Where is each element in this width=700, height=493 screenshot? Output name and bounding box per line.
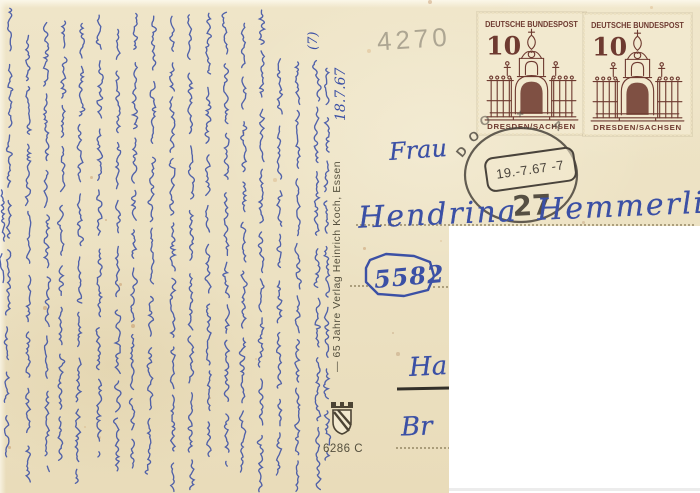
- address-line-rule: [396, 447, 450, 449]
- publisher-logo-shield-icon: [329, 400, 355, 436]
- stamp-issuer: DEUTSCHE BUNDESPOST: [485, 20, 578, 29]
- stamp-artwork-dresden-zwinger: DEUTSCHE BUNDESPOST 10 DRESDEN/SACHSEN: [585, 15, 690, 134]
- print-code: 6286 C: [323, 443, 363, 455]
- postcard-scan: — 65 Jahre Verlag Heinrich Koch, Essen 6…: [0, 0, 700, 493]
- message-date-note: 18.7.67: [333, 68, 349, 121]
- postal-code: 5582: [373, 259, 446, 294]
- publisher-imprint: — 65 Jahre Verlag Heinrich Koch, Essen: [331, 161, 343, 372]
- postmark-letter: O: [478, 112, 491, 129]
- stamp-subject: DRESDEN/SACHSEN: [593, 123, 682, 132]
- stamp-denomination: 10: [592, 31, 627, 61]
- sender-code-note: (7): [306, 32, 321, 50]
- address-street-fragment: Ha: [408, 351, 448, 383]
- pencil-postal-code-note: 4270: [376, 21, 452, 57]
- address-town-fragment: Br: [400, 411, 433, 442]
- address-salutation: Frau: [388, 134, 448, 166]
- postmark-letter: +: [516, 106, 525, 122]
- stamp-issuer: DEUTSCHE BUNDESPOST: [591, 21, 684, 30]
- postmark-letter: A: [550, 116, 566, 134]
- privacy-blank-rectangle: [449, 226, 700, 493]
- postal-code-box: 5582: [352, 250, 452, 306]
- stamp-denomination: 10: [486, 30, 521, 60]
